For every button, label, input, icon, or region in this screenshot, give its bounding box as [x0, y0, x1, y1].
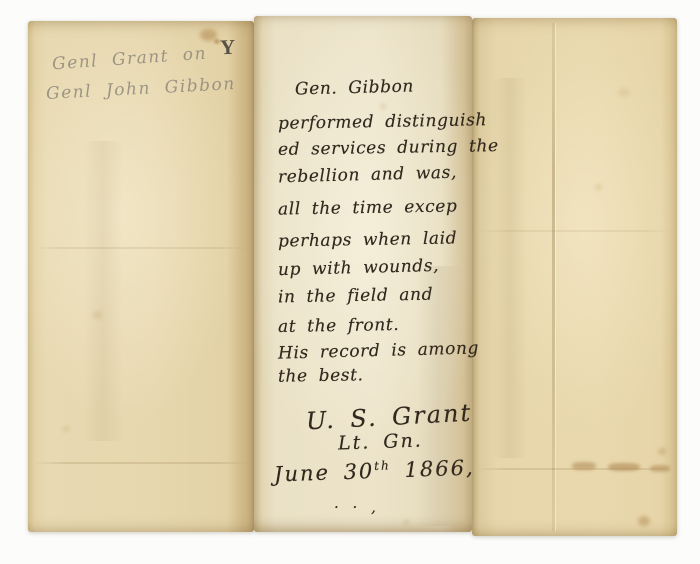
letter-line: ed services during the — [278, 136, 499, 160]
horizontal-crease — [33, 462, 250, 464]
vertical-crease — [552, 23, 555, 531]
pencil-annotation-line1: Genl Grant on — [51, 44, 207, 75]
foxing-stain — [658, 448, 666, 455]
paper-crinkle-shade — [417, 266, 462, 526]
letter-line: the best. — [278, 365, 364, 386]
ink-marks: · · , — [334, 498, 378, 516]
signature-title: Lt. Gn. — [338, 430, 424, 455]
foxing-stain — [404, 520, 409, 524]
paper-panel-left: Genl Grant on Genl John Gibbon Y — [28, 21, 254, 532]
date-superscript: th — [374, 458, 391, 473]
letter-line: rebellion and was, — [278, 163, 457, 188]
foxing-stain — [93, 311, 102, 319]
foxing-stain — [380, 104, 386, 109]
paper-crinkle-shade — [492, 78, 527, 458]
foxing-stain — [63, 426, 70, 432]
letter-line: at the front. — [278, 315, 400, 337]
crease-stain — [650, 465, 670, 472]
paper-panel-right — [472, 18, 677, 536]
pencil-annotation-line2: Genl John Gibbon — [46, 74, 237, 104]
foxing-stain — [214, 39, 220, 44]
letter-line: Gen. Gibbon — [295, 76, 414, 99]
crease-stain — [572, 462, 596, 470]
date-line: June 30th 1866, — [274, 456, 475, 487]
paper-panel-middle: Gen. Gibbon performed distinguish ed ser… — [254, 16, 472, 532]
archive-stamp-y: Y — [220, 35, 236, 61]
foxing-stain — [618, 88, 630, 97]
horizontal-crease — [33, 247, 250, 249]
scan-page: { "annotations": { "pencil_line1": "Genl… — [0, 0, 700, 564]
date-suffix: 1866, — [390, 456, 475, 483]
date-prefix: June 30 — [274, 459, 375, 486]
letter-line: up with wounds, — [278, 256, 440, 280]
letter-line: His record is among — [278, 338, 480, 363]
letter-line: all the time excep — [278, 196, 458, 219]
letter-line: performed distinguish — [278, 110, 487, 134]
paper-crinkle-shade — [83, 141, 123, 441]
letter-line: perhaps when laid — [278, 228, 457, 251]
crease-stain — [608, 463, 640, 471]
foxing-stain — [638, 516, 650, 526]
letter-line: in the field and — [278, 285, 433, 308]
foxing-stain — [595, 184, 602, 190]
horizontal-crease — [476, 230, 673, 232]
